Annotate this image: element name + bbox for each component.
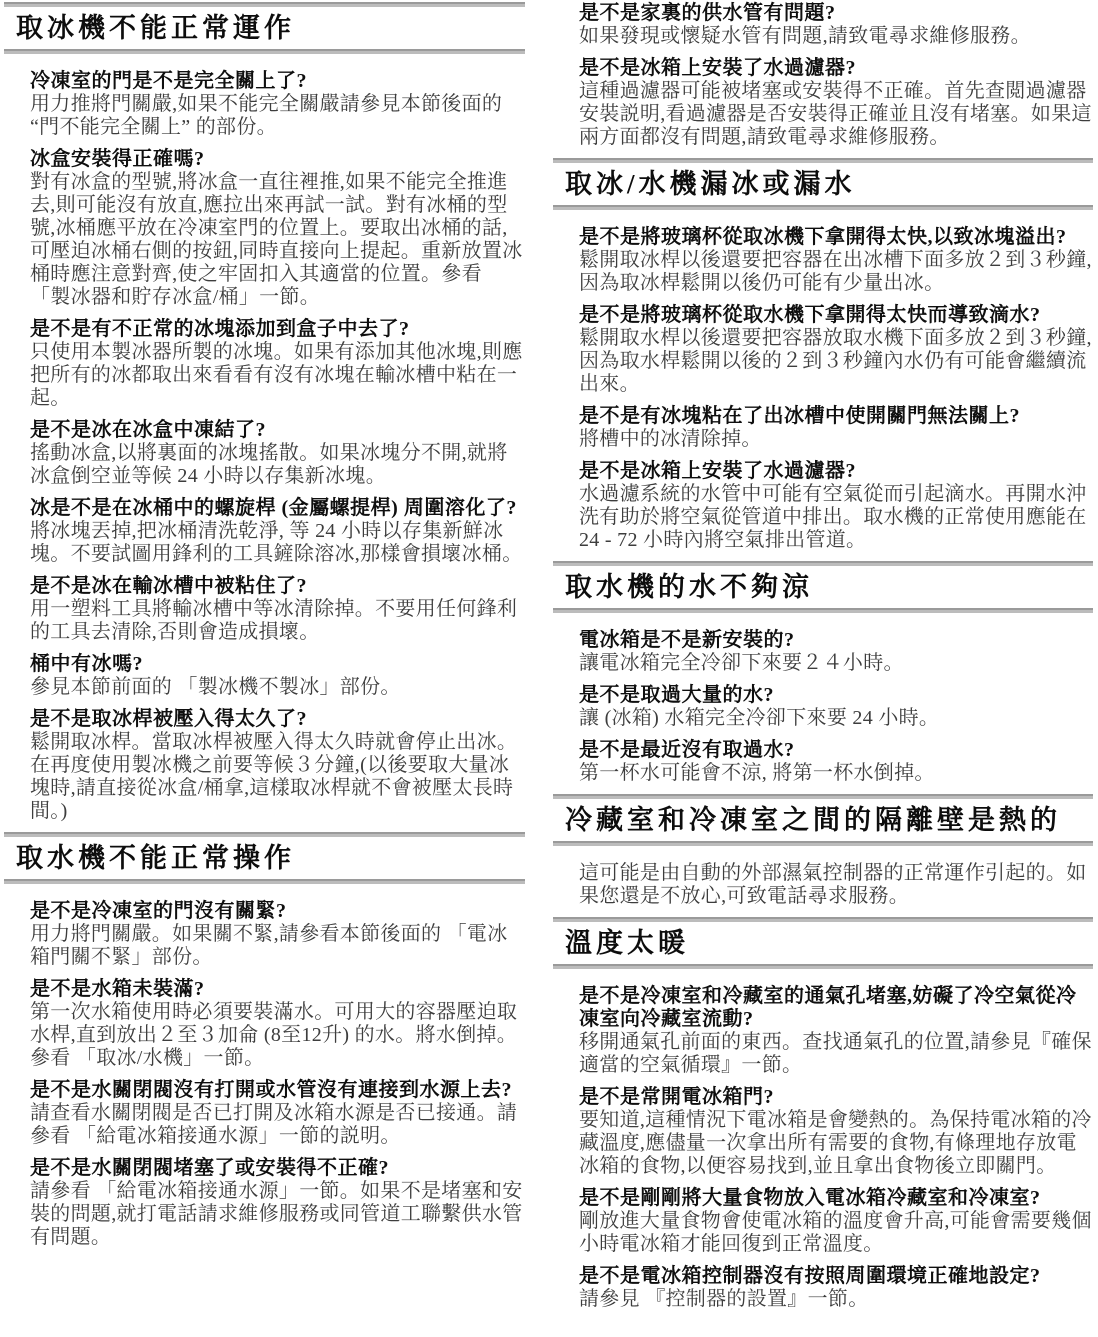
answer-text: 讓電冰箱完全冷卻下來要２４小時。 — [579, 652, 1093, 675]
qa-item: 是不是冰在冰盒中凍結了? 搖動冰盒,以將裏面的冰塊搖散。如果冰塊分不開,就將冰盒… — [30, 419, 525, 488]
question-heading: 電冰箱是不是新安裝的? — [579, 629, 1093, 652]
question-heading: 是不是冷凍室和冷藏室的通氣孔堵塞,妨礙了冷空氣從冷凍室向冷藏室流動? — [579, 985, 1093, 1031]
qa-item: 電冰箱是不是新安裝的? 讓電冰箱完全冷卻下來要２４小時。 — [579, 629, 1093, 675]
qa-item: 是不是家裏的供水管有問題? 如果發現或懷疑水管有問題,請致電尋求維修服務。 — [579, 2, 1093, 48]
question-heading: 是不是水關閉閥沒有打開或水管沒有連接到水源上去? — [30, 1079, 525, 1102]
section-title: 取水機的水不夠涼 — [565, 570, 1093, 604]
answer-text: 只使用本製冰器所製的冰塊。如果有添加其他冰塊,則應把所有的冰都取出來看看有沒有冰… — [30, 341, 525, 410]
question-heading: 是不是有不正常的冰塊添加到盒子中去了? — [30, 318, 525, 341]
question-heading: 是不是冰在輸冰槽中被粘住了? — [30, 575, 525, 598]
answer-text: 參見本節前面的 「製冰機不製冰」部份。 — [30, 676, 525, 699]
answer-text: 剛放進大量食物會使電冰箱的溫度會升高,可能會需要幾個小時電冰箱才能回復到正常溫度… — [579, 1210, 1093, 1256]
section-rule-bottom — [4, 49, 525, 54]
qa-item: 是不是電冰箱控制器沒有按照周圍環境正確地設定? 請參見 『控制器的設置』一節。 — [579, 1265, 1093, 1311]
question-heading: 是不是水箱未裝滿? — [30, 978, 525, 1001]
answer-text: 用力推將門關嚴,如果不能完全關嚴請參見本節後面的 “門不能完全關上” 的部份。 — [30, 93, 525, 139]
qa-item: 是不是冷凍室的門沒有關緊? 用力將門關嚴。如果關不緊,請參看本節後面的 「電冰箱… — [30, 900, 525, 969]
question-heading: 是不是冰在冰盒中凍結了? — [30, 419, 525, 442]
qa-item: 是不是冰箱上安裝了水過濾器? 這種過濾器可能被堵塞或安裝得不正確。首先查閲過濾器… — [579, 57, 1093, 149]
qa-item: 桶中有冰嗎? 參見本節前面的 「製冰機不製冰」部份。 — [30, 653, 525, 699]
answer-text: 鬆開取冰桿。當取冰桿被壓入得太久時就會停止出冰。在再度使用製冰機之前要等候３分鐘… — [30, 731, 525, 823]
section-title: 取冰/水機漏冰或漏水 — [565, 167, 1093, 201]
answer-text: 搖動冰盒,以將裏面的冰塊搖散。如果冰塊分不開,就將冰盒倒空並等候 24 小時以存… — [30, 442, 525, 488]
paragraph-block: 這可能是由自動的外部濕氣控制器的正常運作引起的。如果您還是不放心,可致電話尋求服… — [579, 862, 1093, 908]
question-heading: 是不是取過大量的水? — [579, 684, 1093, 707]
section-header: 取冰機不能正常運作 — [4, 2, 525, 54]
section-header: 冷藏室和冷凍室之間的隔離壁是熱的 — [553, 794, 1093, 846]
qa-item: 冰盒安裝得正確嗎? 對有冰盒的型號,將冰盒一直往裡推,如果不能完全推進去,則可能… — [30, 148, 525, 309]
qa-item: 是不是有不正常的冰塊添加到盒子中去了? 只使用本製冰器所製的冰塊。如果有添加其他… — [30, 318, 525, 410]
section-rule-top — [553, 561, 1093, 566]
question-heading: 冷凍室的門是不是完全關上了? — [30, 70, 525, 93]
section-rule-bottom — [553, 841, 1093, 846]
section-rule-top — [4, 2, 525, 7]
question-heading: 是不是剛剛將大量食物放入電冰箱冷藏室和冷凍室? — [579, 1187, 1093, 1210]
answer-text: 將冰塊丟掉,把冰桶清洗乾淨, 等 24 小時以存集新鮮冰塊。不要試圖用鋒利的工具… — [30, 520, 525, 566]
answer-text: 鬆開取冰桿以後還要把容器在出冰槽下面多放２到３秒鐘,因為取冰桿鬆開以後仍可能有少… — [579, 249, 1093, 295]
qa-item: 是不是最近沒有取過水? 第一杯水可能會不涼, 將第一杯水倒掉。 — [579, 739, 1093, 785]
left-column: 取冰機不能正常運作 冷凍室的門是不是完全關上了? 用力推將門關嚴,如果不能完全關… — [4, 2, 525, 1320]
qa-item: 是不是水箱未裝滿? 第一次水箱使用時必須要裝滿水。可用大的容器壓迫取水桿,直到放… — [30, 978, 525, 1070]
answer-text: 水過濾系統的水管中可能有空氣從而引起滴水。再開水沖洗有助於將空氣從管道中排出。取… — [579, 483, 1093, 552]
right-column: 是不是家裏的供水管有問題? 如果發現或懷疑水管有問題,請致電尋求維修服務。 是不… — [553, 2, 1093, 1320]
paragraph-text: 這可能是由自動的外部濕氣控制器的正常運作引起的。如果您還是不放心,可致電話尋求服… — [579, 862, 1093, 908]
question-heading: 是不是家裏的供水管有問題? — [579, 2, 1093, 25]
section-rule-bottom — [4, 879, 525, 884]
qa-item: 是不是水關閉閥堵塞了或安裝得不正確? 請參看 「給電冰箱接通水源」一節。如果不是… — [30, 1157, 525, 1249]
qa-item: 是不是冰在輸冰槽中被粘住了? 用一塑料工具將輸冰槽中等冰清除掉。不要用任何鋒利的… — [30, 575, 525, 644]
question-heading: 是不是電冰箱控制器沒有按照周圍環境正確地設定? — [579, 1265, 1093, 1288]
qa-item: 是不是水關閉閥沒有打開或水管沒有連接到水源上去? 請查看水關閉閥是否已打開及冰箱… — [30, 1079, 525, 1148]
question-heading: 是不是有冰塊粘在了出冰槽中使開關門無法關上? — [579, 405, 1093, 428]
qa-item: 是不是將玻璃杯從取水機下拿開得太快而導致滴水? 鬆開取水桿以後還要把容器放取水機… — [579, 304, 1093, 396]
question-heading: 是不是水關閉閥堵塞了或安裝得不正確? — [30, 1157, 525, 1180]
question-heading: 是不是常開電冰箱門? — [579, 1086, 1093, 1109]
answer-text: 請查看水關閉閥是否已打開及冰箱水源是否已接通。請參看 「給電冰箱接通水源」一節的… — [30, 1102, 525, 1148]
question-heading: 是不是冷凍室的門沒有關緊? — [30, 900, 525, 923]
answer-text: 對有冰盒的型號,將冰盒一直往裡推,如果不能完全推進去,則可能沒有放直,應拉出來再… — [30, 171, 525, 309]
section-title: 冷藏室和冷凍室之間的隔離壁是熱的 — [565, 803, 1093, 837]
question-heading: 是不是冰箱上安裝了水過濾器? — [579, 460, 1093, 483]
section-rule-bottom — [553, 964, 1093, 969]
section-header: 取水機的水不夠涼 — [553, 561, 1093, 613]
section-rule-top — [4, 832, 525, 837]
section-rule-top — [553, 794, 1093, 799]
question-heading: 是不是冰箱上安裝了水過濾器? — [579, 57, 1093, 80]
answer-text: 讓 (冰箱) 水箱完全冷卻下來要 24 小時。 — [579, 707, 1093, 730]
question-heading: 是不是取冰桿被壓入得太久了? — [30, 708, 525, 731]
answer-text: 將槽中的冰清除掉。 — [579, 428, 1093, 451]
section-rule-top — [553, 158, 1093, 163]
qa-item: 是不是常開電冰箱門? 要知道,這種情況下電冰箱是會變熱的。為保持電冰箱的冷藏溫度… — [579, 1086, 1093, 1178]
answer-text: 請參看 「給電冰箱接通水源」一節。如果不是堵塞和安裝的問題,就打電話請求維修服務… — [30, 1180, 525, 1249]
section-rule-top — [553, 917, 1093, 922]
qa-item: 是不是取過大量的水? 讓 (冰箱) 水箱完全冷卻下來要 24 小時。 — [579, 684, 1093, 730]
question-heading: 是不是將玻璃杯從取冰機下拿開得太快,以致冰塊溢出? — [579, 226, 1093, 249]
answer-text: 請參見 『控制器的設置』一節。 — [579, 1288, 1093, 1311]
question-heading: 冰盒安裝得正確嗎? — [30, 148, 525, 171]
qa-item: 是不是冰箱上安裝了水過濾器? 水過濾系統的水管中可能有空氣從而引起滴水。再開水沖… — [579, 460, 1093, 552]
qa-item: 是不是冷凍室和冷藏室的通氣孔堵塞,妨礙了冷空氣從冷凍室向冷藏室流動? 移開通氣孔… — [579, 985, 1093, 1077]
troubleshooting-page: 取冰機不能正常運作 冷凍室的門是不是完全關上了? 用力推將門關嚴,如果不能完全關… — [0, 0, 1098, 1337]
qa-item: 是不是取冰桿被壓入得太久了? 鬆開取冰桿。當取冰桿被壓入得太久時就會停止出冰。在… — [30, 708, 525, 823]
answer-text: 要知道,這種情況下電冰箱是會變熱的。為保持電冰箱的冷藏溫度,應儘量一次拿出所有需… — [579, 1109, 1093, 1178]
question-heading: 是不是最近沒有取過水? — [579, 739, 1093, 762]
section-header: 取冰/水機漏冰或漏水 — [553, 158, 1093, 210]
qa-item: 是不是將玻璃杯從取冰機下拿開得太快,以致冰塊溢出? 鬆開取冰桿以後還要把容器在出… — [579, 226, 1093, 295]
qa-item: 是不是剛剛將大量食物放入電冰箱冷藏室和冷凍室? 剛放進大量食物會使電冰箱的溫度會… — [579, 1187, 1093, 1256]
answer-text: 如果發現或懷疑水管有問題,請致電尋求維修服務。 — [579, 25, 1093, 48]
section-header: 溫度太暖 — [553, 917, 1093, 969]
question-heading: 桶中有冰嗎? — [30, 653, 525, 676]
answer-text: 用一塑料工具將輸冰槽中等冰清除掉。不要用任何鋒利的工具去清除,否則會造成損壞。 — [30, 598, 525, 644]
section-title: 溫度太暖 — [565, 926, 1093, 960]
answer-text: 這種過濾器可能被堵塞或安裝得不正確。首先查閲過濾器安裝説明,看過濾器是否安裝得正… — [579, 80, 1093, 149]
answer-text: 鬆開取水桿以後還要把容器放取水機下面多放２到３秒鐘,因為取水桿鬆開以後的２到３秒… — [579, 327, 1093, 396]
answer-text: 第一杯水可能會不涼, 將第一杯水倒掉。 — [579, 762, 1093, 785]
section-title: 取冰機不能正常運作 — [16, 11, 525, 45]
answer-text: 移開通氣孔前面的東西。查找通氣孔的位置,請參見『確保適當的空氣循環』一節。 — [579, 1031, 1093, 1077]
section-rule-bottom — [553, 608, 1093, 613]
question-heading: 是不是將玻璃杯從取水機下拿開得太快而導致滴水? — [579, 304, 1093, 327]
qa-item: 是不是有冰塊粘在了出冰槽中使開關門無法關上? 將槽中的冰清除掉。 — [579, 405, 1093, 451]
section-header: 取水機不能正常操作 — [4, 832, 525, 884]
section-title: 取水機不能正常操作 — [16, 841, 525, 875]
section-rule-bottom — [553, 205, 1093, 210]
answer-text: 用力將門關嚴。如果關不緊,請參看本節後面的 「電冰箱門關不緊」部份。 — [30, 923, 525, 969]
qa-item: 冰是不是在冰桶中的螺旋桿 (金屬螺提桿) 周圍溶化了? 將冰塊丟掉,把冰桶清洗乾… — [30, 497, 525, 566]
qa-item: 冷凍室的門是不是完全關上了? 用力推將門關嚴,如果不能完全關嚴請參見本節後面的 … — [30, 70, 525, 139]
answer-text: 第一次水箱使用時必須要裝滿水。可用大的容器壓迫取水桿,直到放出２至３加侖 (8至… — [30, 1001, 525, 1070]
question-heading: 冰是不是在冰桶中的螺旋桿 (金屬螺提桿) 周圍溶化了? — [30, 497, 525, 520]
